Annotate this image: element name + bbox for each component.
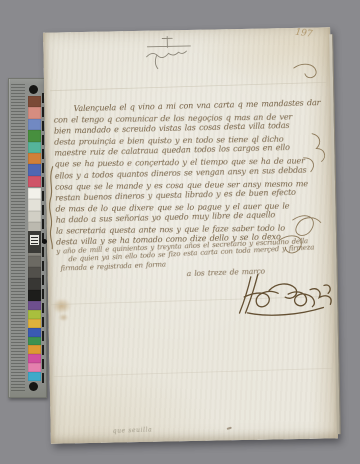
color-patch (28, 256, 41, 267)
color-patch (28, 142, 41, 153)
registration-dot-top (29, 85, 38, 94)
color-patch (28, 267, 41, 278)
archive-photo: 197 Valençuela el q vino a mi con vna ca… (0, 0, 360, 464)
invocation-cross-icon (147, 36, 190, 48)
lower-color-patches (28, 301, 41, 381)
manuscript-page: 197 Valençuela el q vino a mi con vna ca… (43, 27, 338, 443)
color-patch (28, 337, 41, 346)
color-patch (28, 290, 41, 301)
ink-marks-overlay (43, 27, 338, 443)
color-patch (28, 301, 41, 310)
color-patch (28, 119, 41, 130)
color-patch (28, 372, 41, 381)
wedge-label-chip (30, 235, 39, 245)
color-calibration-strip (8, 78, 47, 398)
color-patch (28, 176, 41, 187)
color-patch (28, 319, 41, 328)
color-patch (28, 211, 41, 222)
color-patch (28, 354, 41, 363)
color-patch (28, 278, 41, 289)
color-patch (28, 199, 41, 210)
color-patch (28, 188, 41, 199)
color-patch (28, 107, 41, 118)
margin-flourish-left (49, 167, 54, 249)
fold-lines (47, 82, 333, 376)
wedge-label (28, 231, 41, 253)
color-patch (28, 164, 41, 175)
color-patch (28, 345, 41, 354)
registration-dot-bottom (29, 382, 38, 391)
color-patch (28, 96, 41, 107)
signature-rubric (239, 273, 332, 316)
color-patch (28, 328, 41, 337)
color-patch (28, 130, 41, 141)
color-patch (28, 153, 41, 164)
registration-scribble (146, 51, 186, 69)
upper-color-patches (28, 96, 41, 187)
margin-flourishes-right (276, 64, 327, 253)
strip-micro-text (11, 84, 25, 392)
color-patch (28, 363, 41, 372)
color-patch (28, 310, 41, 319)
